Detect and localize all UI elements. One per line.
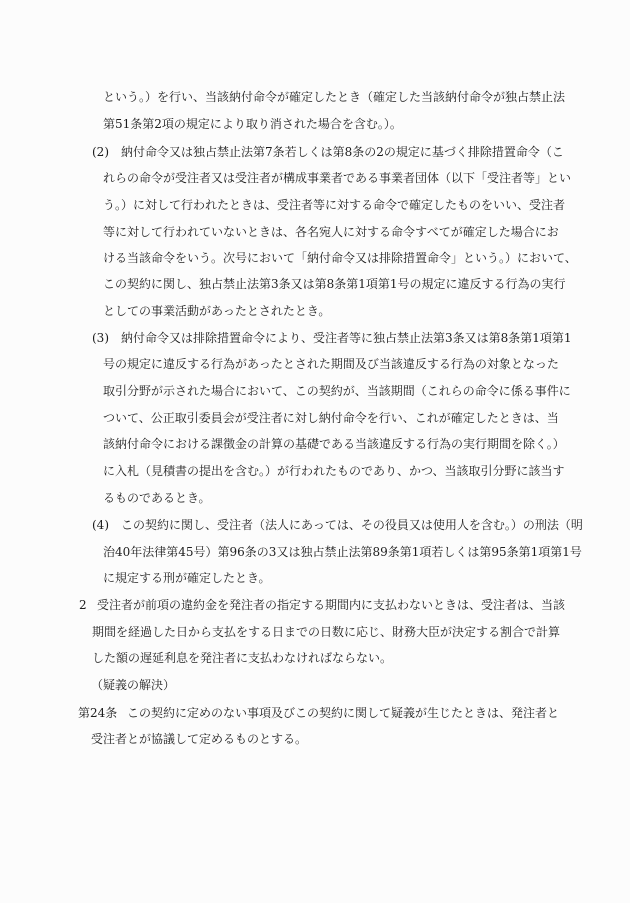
text-line: この契約に関し、受注者（法人にあっては、その役員又は使用人を含む。）の刑法（明 <box>121 516 552 534</box>
text-line: 第51条第2項の規定により取り消された場合を含む。）。 <box>103 115 552 133</box>
text-line: という。）を行い、当該納付命令が確定したとき（確定した当該納付命令が独占禁止法 <box>103 88 552 106</box>
text-line: 受注者が前項の違約金を発注者の指定する期間内に支払わないときは、受注者は、当該 <box>97 596 552 614</box>
document-page: という。）を行い、当該納付命令が確定したとき（確定した当該納付命令が独占禁止法 … <box>0 0 630 903</box>
item-number-label: (3) <box>92 329 109 347</box>
text-line: に規定する刑が確定したとき。 <box>103 569 552 587</box>
text-line: に入札（見積書の提出を含む。）が行われたものであり、かつ、当該取引分野に該当す <box>103 462 552 480</box>
text-line: う。）に対して行われたときは、受注者等に対する命令で確定したものをいい、受注者 <box>103 196 552 214</box>
text-line: 取引分野が示された場合において、この契約が、当該期間（これらの命令に係る事件に <box>103 382 552 400</box>
text-line: 治40年法律第45号）第96条の3又は独占禁止法第89条第1項若しくは第95条第… <box>103 543 552 561</box>
text-line: 期間を経過した日から支払をする日までの日数に応じ、財務大臣が決定する割合で計算 <box>92 623 552 641</box>
text-line: ける当該命令をいう。次号において「納付命令又は排除措置命令」という。）において、 <box>103 249 552 267</box>
text-line: した額の遅延利息を発注者に支払わなければならない。 <box>92 649 552 667</box>
paragraph-number-label: 2 <box>79 596 87 614</box>
text-line: 等に対して行われていないときは、各名宛人に対する命令すべてが確定した場合にお <box>103 223 552 241</box>
text-line: この契約に定めのない事項及びこの契約に関して疑義が生じたときは、発注者と <box>127 704 552 722</box>
article-number-label: 第24条 <box>78 704 117 722</box>
text-line: としての事業活動があったとされたとき。 <box>103 302 552 320</box>
text-line: この契約に関し、独占禁止法第3条又は第8条第1項第1号の規定に違反する行為の実行 <box>103 275 552 293</box>
text-line: 納付命令又は排除措置命令により、受注者等に独占禁止法第3条又は第8条第1項第1 <box>121 329 552 347</box>
text-line: ついて、公正取引委員会が受注者に対し納付命令を行い、これが確定したときは、当 <box>103 409 552 427</box>
text-line: 受注者とが協議して定めるものとする。 <box>91 730 552 748</box>
text-line: 納付命令又は独占禁止法第7条若しくは第8条の2の規定に基づく排除措置命令（こ <box>121 143 552 161</box>
text-line: れらの命令が受注者又は受注者が構成事業者である事業者団体（以下「受注者等」とい <box>103 169 552 187</box>
item-number-label: (4) <box>92 516 109 534</box>
text-line: 号の規定に違反する行為があったとされた期間及び当該違反する行為の対象となった <box>103 355 552 373</box>
text-line: るものであるとき。 <box>103 489 552 507</box>
item-number-label: (2) <box>92 143 109 161</box>
article-caption: （疑義の解決） <box>91 676 175 694</box>
text-line: 該納付命令における課徴金の計算の基礎である当該違反する行為の実行期間を除く。） <box>103 435 552 453</box>
